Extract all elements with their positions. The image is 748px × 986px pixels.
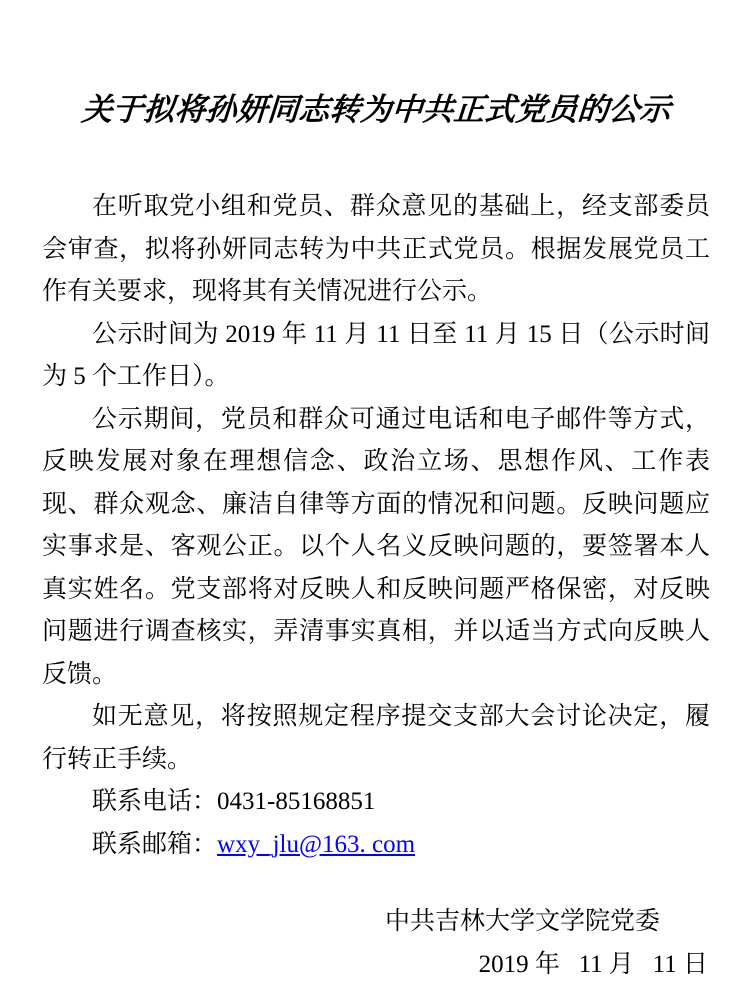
document-title: 关于拟将孙妍同志转为中共正式党员的公示 <box>40 88 711 132</box>
document-content: 关于拟将孙妍同志转为中共正式党员的公示 在听取党小组和党员、群众意见的基础上，经… <box>0 0 748 986</box>
contact-phone-line: 联系电话：0431-85168851 <box>42 781 710 824</box>
paragraph-conclusion: 如无意见，将按照规定程序提交支部大会讨论决定，履行转正手续。 <box>42 696 710 781</box>
signature-organization: 中共吉林大学文学院党委 <box>42 901 710 944</box>
email-link[interactable]: wxy_jlu@163. com <box>217 831 415 858</box>
paragraph-feedback-scope: 公示期间，党员和群众可通过电话和电子邮件等方式，反映发展对象在理想信念、政治立场… <box>42 399 710 697</box>
signature-block: 中共吉林大学文学院党委 2019 年 11 月 11 日 <box>42 901 710 986</box>
contact-email-line: 联系邮箱：wxy_jlu@163. com <box>42 824 710 867</box>
contact-phone-value: 0431-85168851 <box>217 788 375 815</box>
signature-date: 2019 年 11 月 11 日 <box>42 944 710 986</box>
paragraph-intro: 在听取党小组和党员、群众意见的基础上，经支部委员会审查，拟将孙妍同志转为中共正式… <box>42 186 710 314</box>
paragraph-publicity-period: 公示时间为 2019 年 11 月 11 日至 11 月 15 日（公示时间为 … <box>42 314 710 399</box>
document-body: 在听取党小组和党员、群众意见的基础上，经支部委员会审查，拟将孙妍同志转为中共正式… <box>42 186 710 866</box>
contact-email-label: 联系邮箱： <box>92 831 217 858</box>
document-page: 关于拟将孙妍同志转为中共正式党员的公示 在听取党小组和党员、群众意见的基础上，经… <box>0 0 748 986</box>
contact-phone-label: 联系电话： <box>92 788 217 815</box>
